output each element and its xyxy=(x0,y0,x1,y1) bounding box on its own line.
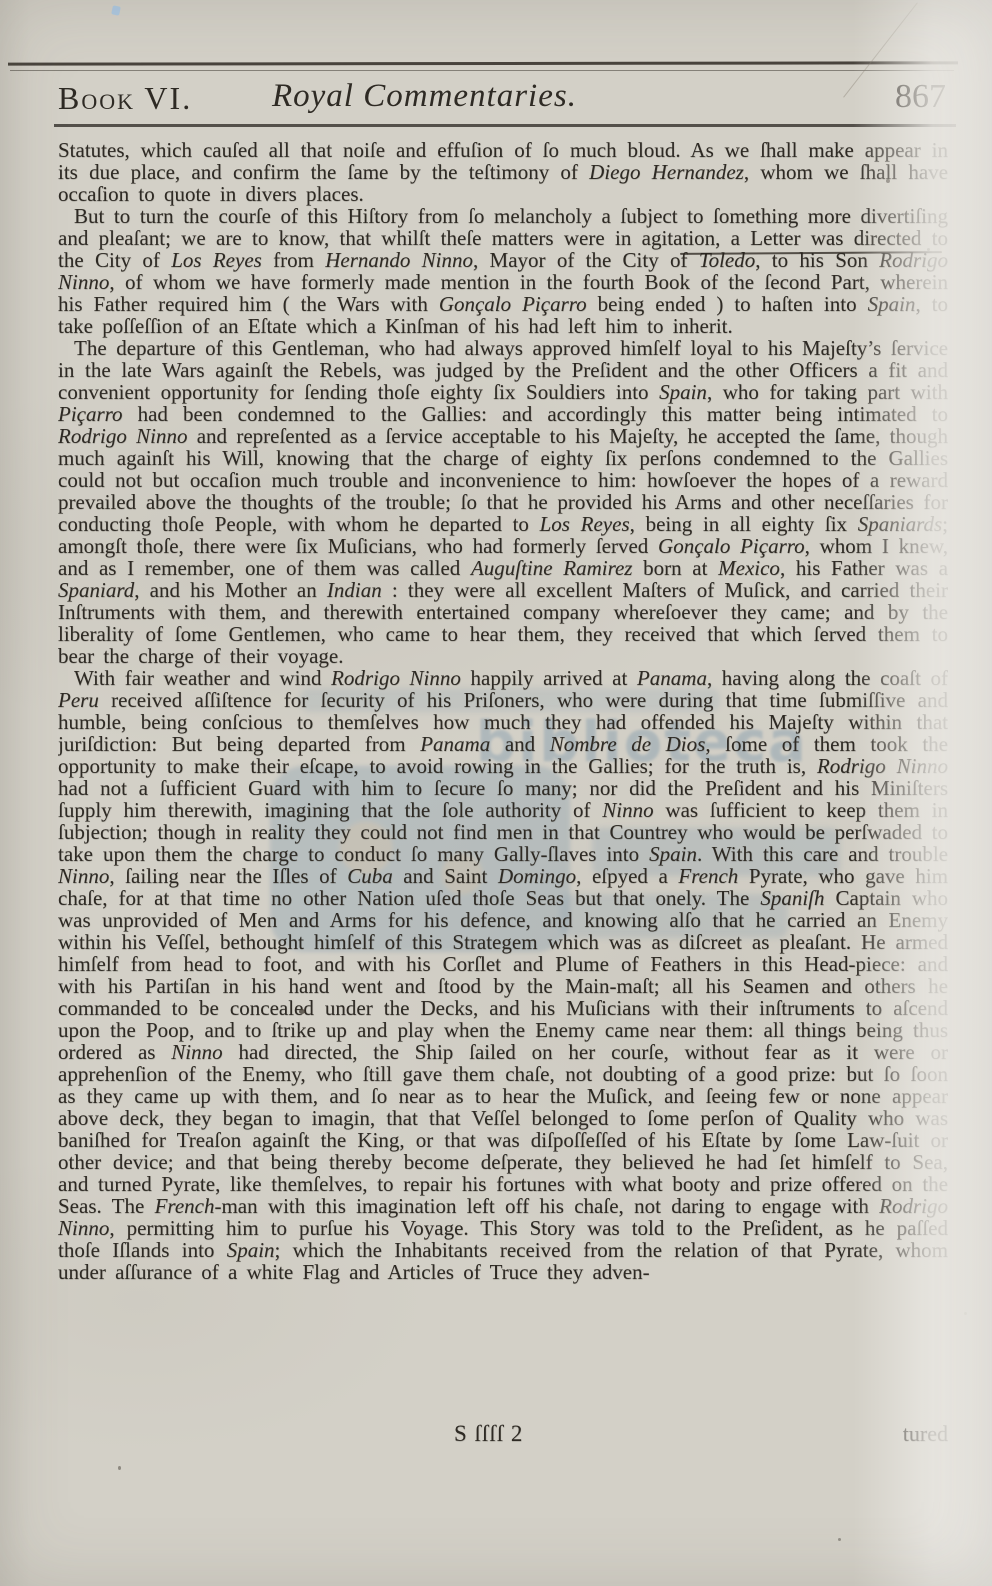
italic-text-segment: Ninno xyxy=(171,1040,222,1064)
paragraph: The departure of this Gentleman, who had… xyxy=(58,337,948,667)
italic-text-segment: Domingo xyxy=(498,864,576,888)
paragraph: Statutes, which cauſed all that noiſe an… xyxy=(58,139,948,205)
text-segment: born at xyxy=(632,556,718,580)
italic-text-segment: Los Reyes xyxy=(171,248,262,272)
page-title: Royal Commentaries. xyxy=(272,78,577,115)
italic-text-segment: Panama xyxy=(420,732,490,756)
text-segment: and xyxy=(490,732,550,756)
italic-text-segment: Peru xyxy=(58,688,99,712)
italic-text-segment: Cuba xyxy=(347,864,393,888)
text-segment: , his Father was a xyxy=(780,556,948,580)
text-segment: . With this care and trouble xyxy=(697,842,948,866)
italic-text-segment: Gonçalo Piçarro xyxy=(439,292,587,316)
paper-speck xyxy=(299,1009,305,1014)
italic-text-segment: Spaniſh xyxy=(760,886,824,910)
top-rule-thin xyxy=(10,70,954,71)
header-bottom-rule xyxy=(54,124,956,127)
blue-ink-mark xyxy=(111,5,121,15)
paragraph: With fair weather and wind Rodrigo Ninno… xyxy=(58,667,948,1283)
text-segment: -man with this imagination left off his … xyxy=(214,1194,879,1218)
paper-speck xyxy=(886,179,890,183)
text-segment: , having along the coaſt of xyxy=(707,666,948,690)
italic-text-segment: Spain xyxy=(649,842,697,866)
italic-text-segment: Ninno xyxy=(58,864,109,888)
italic-text-segment: Indian xyxy=(327,578,382,602)
text-segment: , and his Mother an xyxy=(134,578,327,602)
paragraph: But to turn the courſe of this Hiſtory f… xyxy=(58,205,948,337)
italic-text-segment: Panama xyxy=(637,666,707,690)
text-segment: , Mayor of the City of xyxy=(473,248,699,272)
paper-speck xyxy=(927,248,930,251)
text-segment: With fair weather and wind xyxy=(74,666,331,690)
text-segment: , being in all eighty ſix xyxy=(630,512,858,536)
page-body: Statutes, which cauſed all that noiſe an… xyxy=(58,139,948,1422)
italic-text-segment: Rodrigo Ninno xyxy=(817,754,948,778)
signature-mark: S ſſſſ 2 xyxy=(454,1421,523,1447)
italic-text-segment: Spaniard xyxy=(58,578,134,602)
text-segment: being ended ) to haſten into xyxy=(587,292,868,316)
text-segment: happily arrived at xyxy=(461,666,637,690)
paper-speck xyxy=(964,1312,967,1315)
italic-text-segment: Gonçalo Piçarro xyxy=(658,534,805,558)
italic-text-segment: Auguſtine Ramirez xyxy=(471,556,633,580)
paper-speck xyxy=(118,1466,121,1470)
text-segment: and Saint xyxy=(393,864,498,888)
top-rule-thick xyxy=(8,61,958,65)
text-segment: from xyxy=(262,248,325,272)
italic-text-segment: French xyxy=(678,864,738,888)
italic-text-segment: Piçarro xyxy=(58,402,123,426)
italic-text-segment: Rodrigo Ninno xyxy=(331,666,461,690)
italic-text-segment: Spain xyxy=(868,292,916,316)
italic-text-segment: Los Reyes xyxy=(540,512,630,536)
italic-text-segment: Ninno xyxy=(602,798,653,822)
italic-text-segment: Hernando Ninno xyxy=(325,248,473,272)
page-number: 867 xyxy=(895,78,946,116)
book-label: Book VI. xyxy=(58,80,192,117)
scanned-book-page: Book VI. Royal Commentaries. 867 bibliot… xyxy=(0,0,992,1586)
italic-text-segment: Mexico xyxy=(718,556,780,580)
italic-text-segment: Spain xyxy=(659,380,707,404)
signature-row: S ſſſſ 2 tured xyxy=(58,1421,948,1447)
italic-text-segment: Diego Hernandez xyxy=(589,160,744,184)
text-segment: had directed, the Ship ſailed on her cou… xyxy=(58,1040,948,1218)
italic-text-segment: Nombre de Dios xyxy=(550,732,706,756)
italic-text-segment: Spain xyxy=(227,1238,275,1262)
text-segment: , ſailing near the Iſles of xyxy=(109,864,347,888)
italic-text-segment: Spaniards xyxy=(858,512,942,536)
text-segment: , eſpyed a xyxy=(576,864,678,888)
italic-text-segment: French xyxy=(155,1194,215,1218)
text-segment: , who for taking part with xyxy=(707,380,948,404)
paper-speck xyxy=(838,1538,841,1541)
text-segment: had been condemned to the Gallies: and a… xyxy=(123,402,948,426)
text-segment: Captain who was unprovided of Men and Ar… xyxy=(58,886,948,1064)
italic-text-segment: Rodrigo Ninno xyxy=(58,424,187,448)
catchword: tured xyxy=(903,1421,948,1447)
